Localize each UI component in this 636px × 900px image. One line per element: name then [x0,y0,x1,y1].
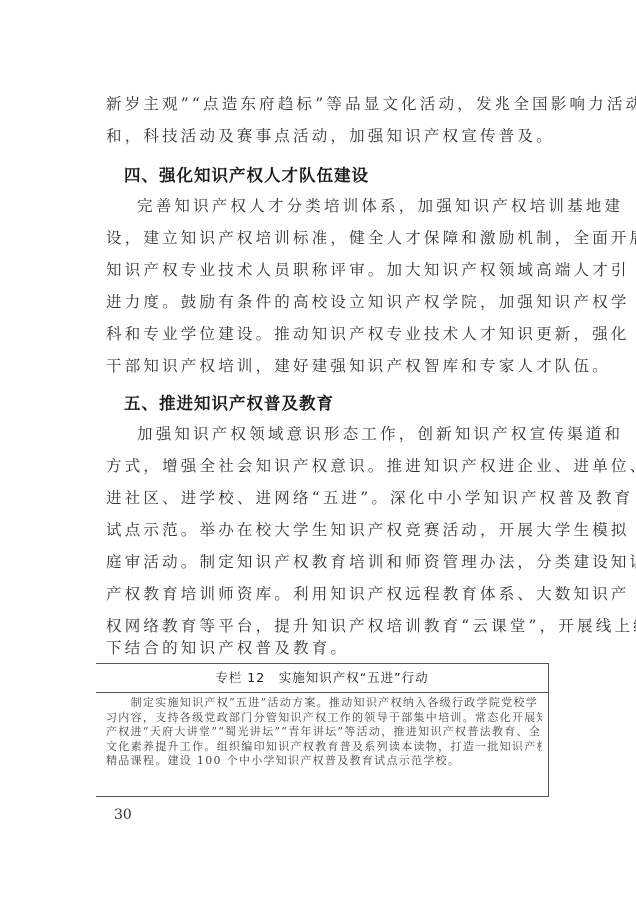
box-body: 制定实施知识产权“五进”活动方案。推动知识产权纳入各级行政学院党校学 习内容，支… [106,696,542,769]
paragraph-line: 科和专业学位建设。推动知识产权专业技术人才知识更新，强化 [106,318,536,350]
paragraph-line: 知识产权专业技术人员职称评审。加大知识产权领域高端人才引 [106,254,536,286]
document-page: 新岁主观”“点造东府趋标”等品显文化活动，发兆全国影响力活动 和，科技活动及赛事… [0,0,636,900]
box-divider [96,692,548,693]
paragraph-line: 完善知识产权人才分类培训体系，加强知识产权培训基地建 [106,190,536,222]
box-title: 专栏 12 实施知识产权“五进”行动 [96,668,548,686]
box-line: 文化素养提升工作。组织编印知识产权教育普及系列读本读物，打造一批知识产权 [106,740,542,755]
paragraph-line: 新岁主观”“点造东府趋标”等品显文化活动，发兆全国影响力活动 [106,88,536,120]
section-heading-4: 四、强化知识产权人才队伍建设 [124,162,369,186]
paragraph-line: 干部知识产权培训，建好建强知识产权智库和专家人才队伍。 [106,350,536,382]
paragraph-line: 产权教育培训师资库。利用知识产权远程教育体系、大数知识产 [106,578,536,610]
paragraph-line: 进社区、进学校、进网络“五进”。深化中小学知识产权普及教育 [106,482,536,514]
paragraph-line: 加强知识产权领域意识形态工作，创新知识产权宣传渠道和 [106,418,536,450]
box-line: 产权进“天府大讲堂”“蜀光讲坛”“青年讲坛”等活动，推进知识产权普法教育、全民 [106,725,542,740]
paragraph-line: 庭审活动。制定知识产权教育培训和师资管理办法，分类建设知识 [106,546,536,578]
paragraph-line: 下结合的知识产权普及教育。 [106,632,536,664]
paragraph-line: 设，建立知识产权培训标准，健全人才保障和激励机制，全面开展 [106,222,536,254]
paragraph-line: 进力度。鼓励有条件的高校设立知识产权学院，加强知识产权学 [106,286,536,318]
sidebar-box: 专栏 12 实施知识产权“五进”行动 制定实施知识产权“五进”活动方案。推动知识… [96,663,549,797]
paragraph-line: 试点示范。举办在校大学生知识产权竞赛活动，开展大学生模拟 [106,514,536,546]
box-line: 精品课程。建设 100 个中小学知识产权普及教育试点示范学校。 [106,754,542,769]
paragraph-line: 方式，增强全社会知识产权意识。推进知识产权进企业、进单位、 [106,450,536,482]
section-heading-5: 五、推进知识产权普及教育 [124,390,334,414]
box-line: 制定实施知识产权“五进”活动方案。推动知识产权纳入各级行政学院党校学 [106,696,542,711]
box-line: 习内容，支持各级党政部门分管知识产权工作的领导干部集中培训。常态化开展知识 [106,711,542,726]
page-number: 30 [114,807,132,823]
paragraph-line: 和，科技活动及赛事点活动，加强知识产权宣传普及。 [106,120,536,152]
